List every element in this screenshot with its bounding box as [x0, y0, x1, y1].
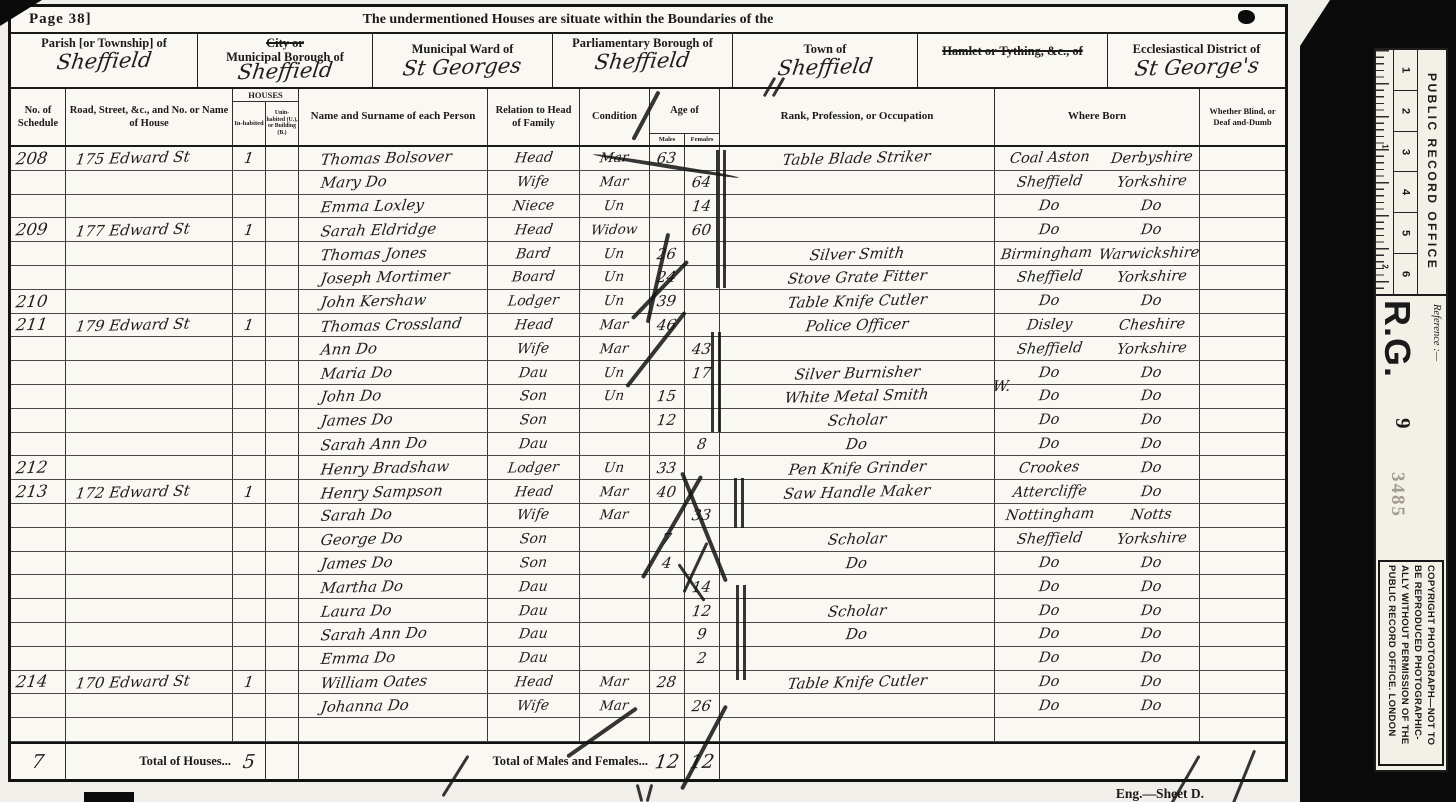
condition-cell: Mar: [580, 671, 650, 695]
relation-cell: Board: [488, 266, 580, 290]
condition-cell: Mar: [580, 171, 650, 195]
birthplace-cell: DoDo: [995, 575, 1200, 599]
schedule-cell: [11, 504, 66, 528]
total-males-value: 12: [650, 744, 685, 780]
col-age: Age of Males Females: [650, 89, 720, 145]
uninhabited-cell: [266, 718, 299, 742]
infirm-cell: [1200, 314, 1285, 338]
address-cell: 175 Edward St: [66, 147, 233, 171]
district-parliamentary: Parliamentary Borough of Sheffield: [553, 34, 733, 87]
address-cell: [66, 290, 233, 314]
record-group-section: R.G. Reference :—: [1376, 296, 1446, 412]
occupation-cell: [720, 647, 995, 671]
birthplace-cell: SheffieldYorkshire: [995, 266, 1200, 290]
schedule-cell: [11, 171, 66, 195]
inhabited-cell: 1: [233, 147, 266, 171]
district-value-handwritten: St George's: [1133, 53, 1260, 80]
age-male-cell: [650, 718, 685, 742]
table-row: George Do Son 7 Scholar SheffieldYorkshi…: [11, 528, 1285, 552]
district-value-handwritten: St Georges: [402, 53, 524, 80]
inhabited-cell: 1: [233, 671, 266, 695]
uninhabited-cell: [266, 623, 299, 647]
schedule-cell: [11, 385, 66, 409]
birthplace-cell: AttercliffeDo: [995, 480, 1200, 504]
occupation-cell: Do: [720, 433, 995, 457]
top-band: Page 38] The undermentioned Houses are s…: [11, 7, 1285, 34]
age-female-cell: [685, 242, 720, 266]
name-cell: Sarah Do: [299, 504, 488, 528]
name-cell: Ann Do: [299, 337, 488, 361]
birthplace-cell: DoDo: [995, 290, 1200, 314]
birthplace-cell: DoDo: [995, 361, 1200, 385]
copyright-line: BE REPRODUCED PHOTOGRAPHIC-: [1412, 565, 1423, 761]
totals-empty-cell: [266, 744, 299, 780]
infirm-cell: [1200, 528, 1285, 552]
inch-scale: 1 2 3 4 5 6: [1393, 50, 1418, 294]
occupation-cell: Do: [720, 623, 995, 647]
relation-cell: Lodger: [488, 456, 580, 480]
inhabited-cell: [233, 266, 266, 290]
relation-cell: Dau: [488, 433, 580, 457]
uninhabited-cell: [266, 242, 299, 266]
uninhabited-cell: [266, 147, 299, 171]
relation-cell: Son: [488, 552, 580, 576]
name-cell: Thomas Crossland: [299, 314, 488, 338]
infirm-cell: [1200, 480, 1285, 504]
occupation-cell: [720, 337, 995, 361]
schedule-cell: [11, 361, 66, 385]
relation-cell: Wife: [488, 337, 580, 361]
uninhabited-cell: [266, 433, 299, 457]
schedule-cell: [11, 694, 66, 718]
infirm-cell: [1200, 266, 1285, 290]
table-row: Martha Do Dau 14 DoDo: [11, 575, 1285, 599]
inhabited-cell: [233, 195, 266, 219]
relation-cell: Head: [488, 218, 580, 242]
table-row: 213 172 Edward St 1 Henry Sampson Head M…: [11, 480, 1285, 504]
inhabited-cell: [233, 718, 266, 742]
infirm-cell: [1200, 290, 1285, 314]
condition-cell: Mar: [580, 314, 650, 338]
name-cell: John Do: [299, 385, 488, 409]
name-cell: Henry Bradshaw: [299, 456, 488, 480]
infirm-cell: [1200, 575, 1285, 599]
name-cell: Sarah Ann Do: [299, 623, 488, 647]
age-male-cell: 12: [650, 409, 685, 433]
condition-cell: Un: [580, 456, 650, 480]
address-cell: [66, 433, 233, 457]
inch-cell: 3: [1394, 132, 1417, 173]
address-cell: [66, 456, 233, 480]
total-males-females-label: Total of Males and Females...: [299, 744, 650, 780]
table-row: Sarah Do Wife Mar 33 NottinghamNotts: [11, 504, 1285, 528]
age-male-cell: [650, 599, 685, 623]
inhabited-cell: [233, 242, 266, 266]
occupation-cell: Stove Grate Fitter: [720, 266, 995, 290]
schedule-cell: [11, 337, 66, 361]
address-cell: [66, 504, 233, 528]
relation-cell: Dau: [488, 623, 580, 647]
district-parish: Parish [or Township] of Sheffield: [11, 34, 198, 87]
inhabited-cell: [233, 694, 266, 718]
col-inhabited: In-habited: [233, 102, 266, 145]
occupation-cell: Scholar: [720, 599, 995, 623]
condition-cell: [580, 433, 650, 457]
condition-cell: Mar: [580, 337, 650, 361]
ruler-number: 1: [1381, 144, 1390, 148]
piece-number: 3485: [1386, 472, 1408, 518]
schedule-cell: [11, 528, 66, 552]
schedule-cell: [11, 599, 66, 623]
age-male-cell: [650, 433, 685, 457]
pen-mark: [646, 784, 654, 802]
occupation-cell: [720, 718, 995, 742]
name-cell: Sarah Ann Do: [299, 433, 488, 457]
condition-cell: [580, 599, 650, 623]
uninhabited-cell: [266, 337, 299, 361]
uninhabited-cell: [266, 290, 299, 314]
table-row: Joseph Mortimer Board Un 24 Stove Grate …: [11, 266, 1285, 290]
uninhabited-cell: [266, 171, 299, 195]
infirm-cell: [1200, 337, 1285, 361]
name-cell: William Oates: [299, 671, 488, 695]
uninhabited-cell: [266, 480, 299, 504]
copyright-line: PUBLIC RECORD OFFICE. LONDON: [1386, 565, 1397, 761]
schedule-cell: 211: [11, 314, 66, 338]
schedule-cell: 214: [11, 671, 66, 695]
copyright-notice: COPYRIGHT PHOTOGRAPH—NOT TO BE REPRODUCE…: [1378, 560, 1444, 766]
birthplace-cell: SheffieldYorkshire: [995, 337, 1200, 361]
inhabited-cell: [233, 575, 266, 599]
table-row: [11, 718, 1285, 742]
age-male-cell: 33: [650, 456, 685, 480]
relation-cell: Son: [488, 385, 580, 409]
class-number-section: 9: [1376, 412, 1446, 468]
table-row: 214 170 Edward St 1 William Oates Head M…: [11, 671, 1285, 695]
infirm-cell: [1200, 385, 1285, 409]
ink-blot: [1238, 10, 1255, 24]
relation-cell: [488, 718, 580, 742]
condition-cell: [580, 623, 650, 647]
relation-cell: Bard: [488, 242, 580, 266]
relation-cell: Son: [488, 409, 580, 433]
uninhabited-cell: [266, 385, 299, 409]
table-row: Emma Loxley Niece Un 14 DoDo: [11, 195, 1285, 219]
inhabited-cell: [233, 385, 266, 409]
table-row: 212 Henry Bradshaw Lodger Un 33 Pen Knif…: [11, 456, 1285, 480]
age-male-cell: [650, 195, 685, 219]
col-uninhabited: Unin-habited (U.), or Building (B.): [266, 102, 298, 145]
occupation-cell: Silver Burnisher: [720, 361, 995, 385]
birthplace-cell: Coal AstonDerbyshire: [995, 147, 1200, 171]
name-cell: Henry Sampson: [299, 480, 488, 504]
inhabited-cell: 1: [233, 480, 266, 504]
name-cell: Joseph Mortimer: [299, 266, 488, 290]
relation-cell: Son: [488, 528, 580, 552]
age-male-cell: [650, 171, 685, 195]
age-male-cell: 15: [650, 385, 685, 409]
condition-cell: [580, 409, 650, 433]
district-town: Town of Sheffield: [733, 34, 918, 87]
birthplace-cell: CrookesDo: [995, 456, 1200, 480]
public-record-office-label: PUBLIC RECORD OFFICE: [1418, 50, 1446, 294]
relation-cell: Head: [488, 671, 580, 695]
age-male-cell: [650, 694, 685, 718]
inhabited-cell: [233, 599, 266, 623]
relation-cell: Dau: [488, 647, 580, 671]
name-cell: James Do: [299, 409, 488, 433]
table-row: Laura Do Dau 12 Scholar DoDo: [11, 599, 1285, 623]
district-borough: City or Municipal Borough of Sheffield: [198, 34, 373, 87]
birthplace-cell: DoDo: [995, 694, 1200, 718]
sheet-label: Eng.—Sheet D.: [1030, 786, 1290, 802]
table-row: Johanna Do Wife Mar 26 DoDo: [11, 694, 1285, 718]
infirm-cell: [1200, 456, 1285, 480]
infirm-cell: [1200, 504, 1285, 528]
pen-annotation: W.: [993, 377, 1011, 396]
occupation-cell: Police Officer: [720, 314, 995, 338]
name-cell: Sarah Eldridge: [299, 218, 488, 242]
address-cell: [66, 385, 233, 409]
district-ecclesiastical: Ecclesiastical District of St George's: [1108, 34, 1285, 87]
infirm-cell: [1200, 242, 1285, 266]
uninhabited-cell: [266, 528, 299, 552]
uninhabited-cell: [266, 218, 299, 242]
occupation-cell: Do: [720, 552, 995, 576]
column-header-row: No. of Schedule Road, Street, &c., and N…: [11, 89, 1285, 147]
infirm-cell: [1200, 552, 1285, 576]
district-hamlet: Hamlet or Tything, &c., of: [918, 34, 1108, 87]
age-male-cell: 40: [650, 480, 685, 504]
age-male-cell: [650, 623, 685, 647]
relation-cell: Wife: [488, 694, 580, 718]
col-road: Road, Street, &c., and No. or Name of Ho…: [66, 89, 233, 145]
address-cell: [66, 409, 233, 433]
age-female-cell: 9: [685, 623, 720, 647]
occupation-cell: Table Blade Striker: [720, 147, 995, 171]
schedule-cell: [11, 552, 66, 576]
uninhabited-cell: [266, 647, 299, 671]
col-condition: Condition: [580, 89, 650, 145]
inch-cell: 5: [1394, 213, 1417, 254]
boundary-heading: The undermentioned Houses are situate wi…: [11, 12, 1125, 28]
name-cell: John Kershaw: [299, 290, 488, 314]
schedule-cell: 213: [11, 480, 66, 504]
col-houses-label: HOUSES: [248, 89, 283, 101]
district-value-handwritten: Sheffield: [55, 48, 153, 74]
inhabited-cell: [233, 409, 266, 433]
address-cell: [66, 266, 233, 290]
col-males: Males: [650, 134, 685, 145]
ruler-number: 2: [1381, 264, 1390, 268]
pen-mark: [636, 784, 644, 802]
uninhabited-cell: [266, 575, 299, 599]
uninhabited-cell: [266, 314, 299, 338]
relation-cell: Lodger: [488, 290, 580, 314]
district-header-row: Parish [or Township] of Sheffield City o…: [11, 34, 1285, 89]
ruler-section: 1 2 1 2 3 4 5 6 PUBLIC RECORD OFFICE: [1376, 50, 1446, 296]
schedule-cell: 209: [11, 218, 66, 242]
table-row: 209 177 Edward St 1 Sarah Eldridge Head …: [11, 218, 1285, 242]
address-cell: [66, 242, 233, 266]
relation-cell: Head: [488, 147, 580, 171]
uninhabited-cell: [266, 694, 299, 718]
infirm-cell: [1200, 718, 1285, 742]
totals-row: 7 Total of Houses... 5 Total of Males an…: [11, 742, 1285, 782]
uninhabited-cell: [266, 195, 299, 219]
address-cell: 177 Edward St: [66, 218, 233, 242]
inhabited-cell: [233, 433, 266, 457]
infirm-cell: [1200, 195, 1285, 219]
age-female-cell: [685, 266, 720, 290]
col-relation: Relation to Head of Family: [488, 89, 580, 145]
address-cell: [66, 647, 233, 671]
age-female-cell: [685, 671, 720, 695]
pen-tally-mark: [711, 332, 721, 432]
occupation-cell: Silver Smith: [720, 242, 995, 266]
occupation-cell: Table Knife Cutler: [720, 290, 995, 314]
inhabited-cell: 1: [233, 218, 266, 242]
birthplace-cell: DoDo: [995, 385, 1200, 409]
inhabited-cell: [233, 552, 266, 576]
condition-cell: [580, 647, 650, 671]
infirm-cell: [1200, 218, 1285, 242]
schedule-total-handwritten: 7: [11, 744, 66, 780]
infirm-cell: [1200, 671, 1285, 695]
infirm-cell: [1200, 409, 1285, 433]
condition-cell: Widow: [580, 218, 650, 242]
table-row: Thomas Jones Bard Un 26 Silver Smith Bir…: [11, 242, 1285, 266]
district-label-struck: Hamlet or Tything, &c., of: [918, 37, 1107, 59]
condition-cell: Un: [580, 242, 650, 266]
col-born: Where Born: [995, 89, 1200, 145]
relation-cell: Wife: [488, 504, 580, 528]
inch-cell: 4: [1394, 172, 1417, 213]
pen-tally-mark: [736, 585, 746, 680]
district-value-handwritten: Sheffield: [236, 57, 334, 83]
occupation-cell: Pen Knife Grinder: [720, 456, 995, 480]
table-row: James Do Son 12 Scholar DoDo: [11, 409, 1285, 433]
col-infirm: Whether Blind, or Deaf and-Dumb: [1200, 89, 1285, 145]
inhabited-cell: [233, 647, 266, 671]
name-cell: Thomas Bolsover: [299, 147, 488, 171]
age-male-cell: 26: [650, 242, 685, 266]
occupation-cell: [720, 575, 995, 599]
schedule-cell: [11, 647, 66, 671]
relation-cell: Wife: [488, 171, 580, 195]
rg-series-label: R.G.: [1376, 300, 1418, 378]
district-value-handwritten: Sheffield: [776, 54, 874, 80]
occupation-cell: [720, 694, 995, 718]
condition-cell: Un: [580, 385, 650, 409]
schedule-cell: [11, 623, 66, 647]
schedule-cell: 210: [11, 290, 66, 314]
infirm-cell: [1200, 599, 1285, 623]
table-row: 208 175 Edward St 1 Thomas Bolsover Head…: [11, 147, 1285, 171]
inhabited-cell: [233, 456, 266, 480]
district-label-struck: City or: [198, 37, 372, 51]
schedule-cell: [11, 266, 66, 290]
class-number: 9: [1390, 418, 1415, 429]
infirm-cell: [1200, 433, 1285, 457]
col-name: Name and Surname of each Person: [299, 89, 488, 145]
birthplace-cell: DoDo: [995, 195, 1200, 219]
name-cell: [299, 718, 488, 742]
schedule-cell: [11, 195, 66, 219]
name-cell: Martha Do: [299, 575, 488, 599]
birthplace-cell: DoDo: [995, 599, 1200, 623]
col-schedule: No. of Schedule: [11, 89, 66, 145]
col-houses: HOUSES In-habited Unin-habited (U.), or …: [233, 89, 299, 145]
age-female-cell: [685, 290, 720, 314]
birthplace-cell: BirminghamWarwickshire: [995, 242, 1200, 266]
birthplace-cell: DoDo: [995, 409, 1200, 433]
uninhabited-cell: [266, 456, 299, 480]
district-label: Town of: [733, 37, 917, 57]
address-cell: [66, 171, 233, 195]
uninhabited-cell: [266, 599, 299, 623]
name-cell: James Do: [299, 552, 488, 576]
birthplace-cell: [995, 718, 1200, 742]
uninhabited-cell: [266, 266, 299, 290]
age-female-cell: 12: [685, 599, 720, 623]
address-cell: [66, 623, 233, 647]
table-row: Sarah Ann Do Dau 9 Do DoDo: [11, 623, 1285, 647]
uninhabited-cell: [266, 361, 299, 385]
reference-label: Reference :—: [1431, 304, 1442, 361]
condition-cell: Mar: [580, 694, 650, 718]
condition-cell: Mar: [580, 504, 650, 528]
schedule-cell: [11, 242, 66, 266]
relation-cell: Niece: [488, 195, 580, 219]
copyright-line: ALLY WITHOUT PERMISSION OF THE: [1399, 565, 1410, 761]
birthplace-cell: DoDo: [995, 433, 1200, 457]
birthplace-cell: SheffieldYorkshire: [995, 528, 1200, 552]
age-female-cell: 60: [685, 218, 720, 242]
table-row: Maria Do Dau Un 17 Silver Burnisher DoDo: [11, 361, 1285, 385]
infirm-cell: [1200, 171, 1285, 195]
condition-cell: Un: [580, 266, 650, 290]
schedule-cell: [11, 718, 66, 742]
address-cell: [66, 599, 233, 623]
address-cell: [66, 694, 233, 718]
name-cell: Laura Do: [299, 599, 488, 623]
total-houses-label: Total of Houses...: [66, 744, 233, 780]
name-cell: Emma Do: [299, 647, 488, 671]
condition-cell: [580, 575, 650, 599]
district-value-handwritten: Sheffield: [593, 48, 691, 74]
age-female-cell: 26: [685, 694, 720, 718]
table-row: Mary Do Wife Mar 64 SheffieldYorkshire: [11, 171, 1285, 195]
name-cell: George Do: [299, 528, 488, 552]
relation-cell: Dau: [488, 361, 580, 385]
birthplace-cell: DoDo: [995, 623, 1200, 647]
pen-tally-mark: [716, 150, 726, 288]
occupation-cell: Table Knife Cutler: [720, 671, 995, 695]
uninhabited-cell: [266, 504, 299, 528]
table-row: John Do Son Un 15 White Metal Smith DoDo: [11, 385, 1285, 409]
census-form: Page 38] The undermentioned Houses are s…: [8, 4, 1288, 782]
address-cell: [66, 528, 233, 552]
birthplace-cell: DisleyCheshire: [995, 314, 1200, 338]
public-record-office-strip: 1 2 1 2 3 4 5 6 PUBLIC RECORD OFFICE R.G…: [1374, 48, 1448, 772]
name-cell: Johanna Do: [299, 694, 488, 718]
census-rows: 208 175 Edward St 1 Thomas Bolsover Head…: [11, 147, 1285, 742]
name-cell: Maria Do: [299, 361, 488, 385]
infirm-cell: [1200, 623, 1285, 647]
relation-cell: Head: [488, 314, 580, 338]
birthplace-cell: DoDo: [995, 671, 1200, 695]
